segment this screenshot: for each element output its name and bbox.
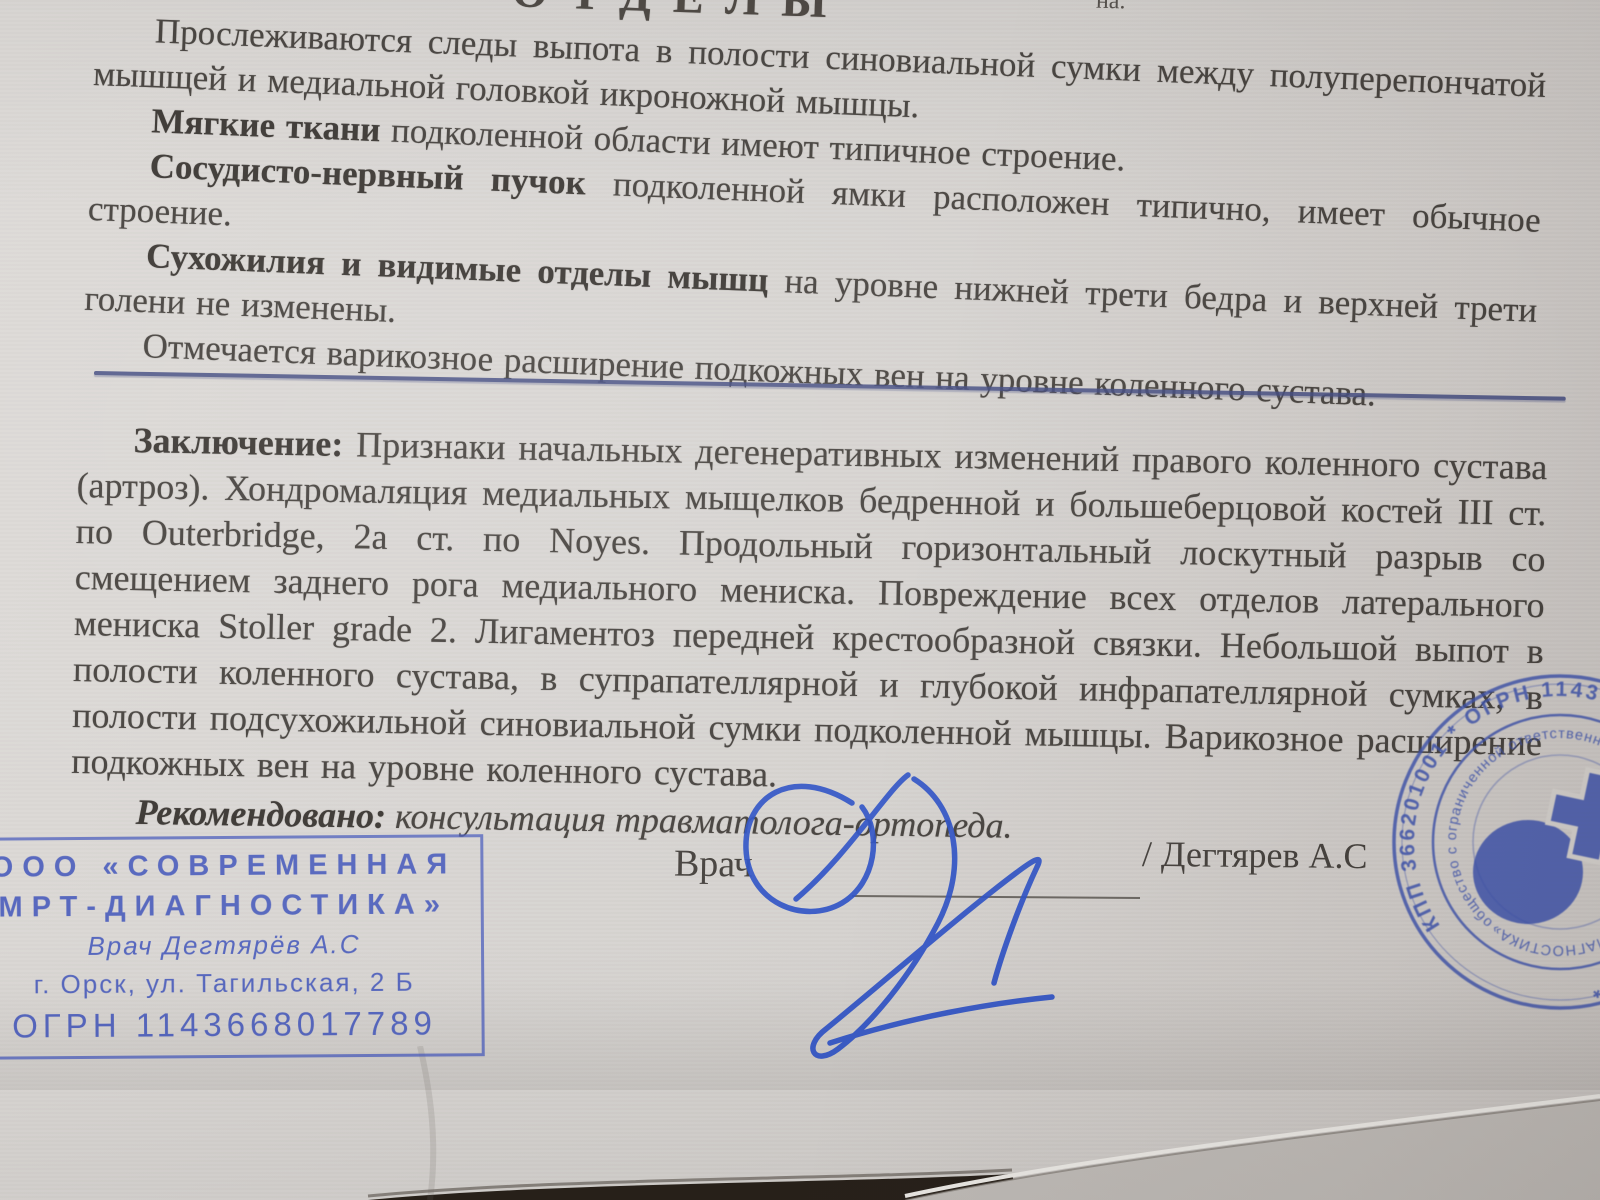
clipped-text-fragment: на. bbox=[1096, 0, 1126, 15]
handwritten-signature bbox=[730, 745, 1200, 1085]
under-sheet bbox=[905, 1100, 1600, 1200]
paper-crease bbox=[420, 1046, 433, 1200]
stamp-ogrn-line: ОГРН 1143668017789 bbox=[12, 1004, 437, 1045]
stamp-company-line2: МРТ-ДИАГНОСТИКА» bbox=[0, 889, 449, 925]
photographed-mri-report: { "document": { "clipped_heading": "ОТДЕ… bbox=[0, 0, 1600, 1200]
stamp-address-line: г. Орск, ул. Тагильская, 2 Б bbox=[34, 966, 415, 1000]
stamp-company-line1: ООО «СОВРЕМЕННАЯ bbox=[0, 849, 456, 885]
rectangular-company-stamp: ООО «СОВРЕМЕННАЯ МРТ-ДИАГНОСТИКА» Врач Д… bbox=[0, 834, 485, 1060]
stamp-doctor-line: Врач Дегтярёв А.С bbox=[87, 929, 360, 962]
round-company-seal: КПП 366201001 * ОГРН 1143668017789 * ИНН… bbox=[1380, 662, 1600, 1022]
findings-section: Прослеживаются следы выпота в полости си… bbox=[82, 6, 1547, 423]
